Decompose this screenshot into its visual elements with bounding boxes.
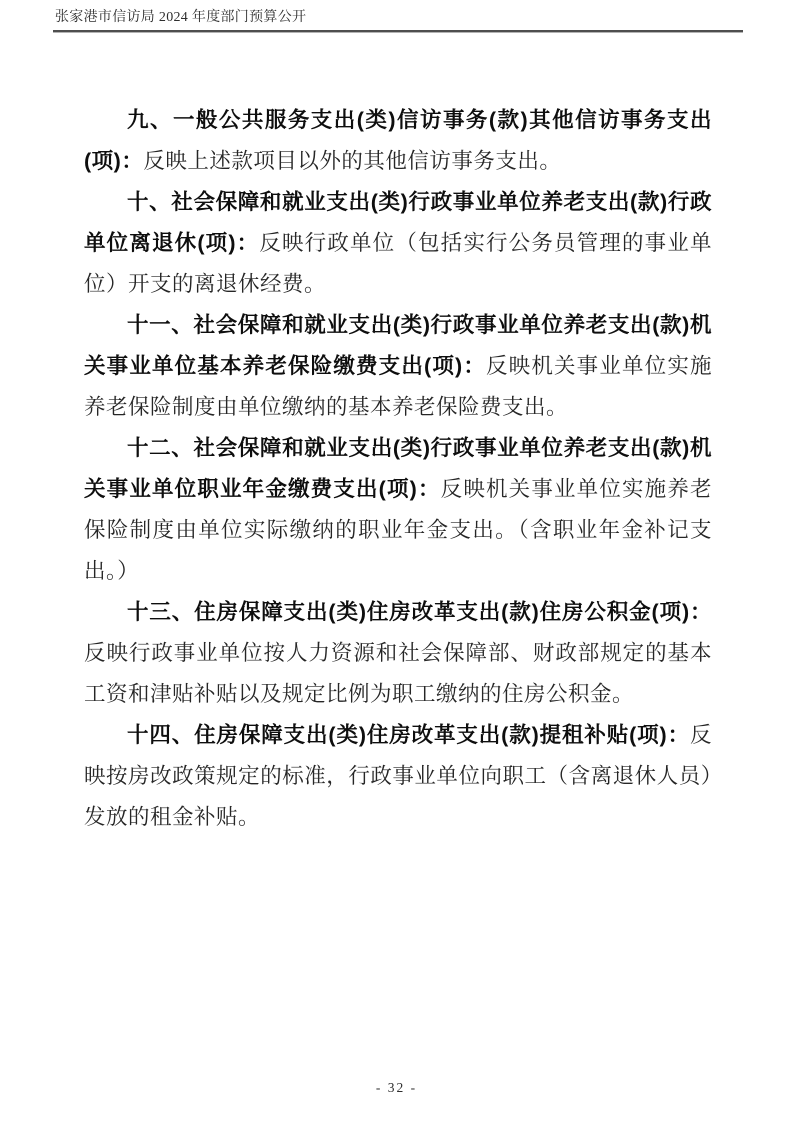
paragraph: 十四、住房保障支出(类)住房改革支出(款)提租补贴(项)：反映按房改政策规定的标… [84,715,712,838]
paragraph: 十二、社会保障和就业支出(类)行政事业单位养老支出(款)机关事业单位职业年金缴费… [84,428,712,592]
header-title: 张家港市信访局 2024 年度部门预算公开 [53,9,743,27]
paragraph-lead: 十四、住房保障支出(类)住房改革支出(款)提租补贴(项)： [127,723,690,747]
document-page: 张家港市信访局 2024 年度部门预算公开 九、一般公共服务支出(类)信访事务(… [0,0,793,1122]
paragraph-text: 反映上述款项目以外的其他信访事务支出。 [143,149,561,173]
paragraph-lead: 十三、住房保障支出(类)住房改革支出(款)住房公积金(项)： [127,600,712,624]
header-rule [53,30,743,32]
page-number: - 32 - [376,1080,417,1095]
page-header: 张家港市信访局 2024 年度部门预算公开 [53,9,743,32]
document-body: 九、一般公共服务支出(类)信访事务(款)其他信访事务支出(项)：反映上述款项目以… [84,100,712,838]
paragraph: 十、社会保障和就业支出(类)行政事业单位养老支出(款)行政单位离退休(项)：反映… [84,182,712,305]
page-footer: - 32 - [0,1079,793,1097]
paragraph: 九、一般公共服务支出(类)信访事务(款)其他信访事务支出(项)：反映上述款项目以… [84,100,712,182]
paragraph: 十一、社会保障和就业支出(类)行政事业单位养老支出(款)机关事业单位基本养老保险… [84,305,712,428]
paragraph-text: 反映行政事业单位按人力资源和社会保障部、财政部规定的基本工资和津贴补贴以及规定比… [84,641,712,706]
paragraph: 十三、住房保障支出(类)住房改革支出(款)住房公积金(项)：反映行政事业单位按人… [84,592,712,715]
